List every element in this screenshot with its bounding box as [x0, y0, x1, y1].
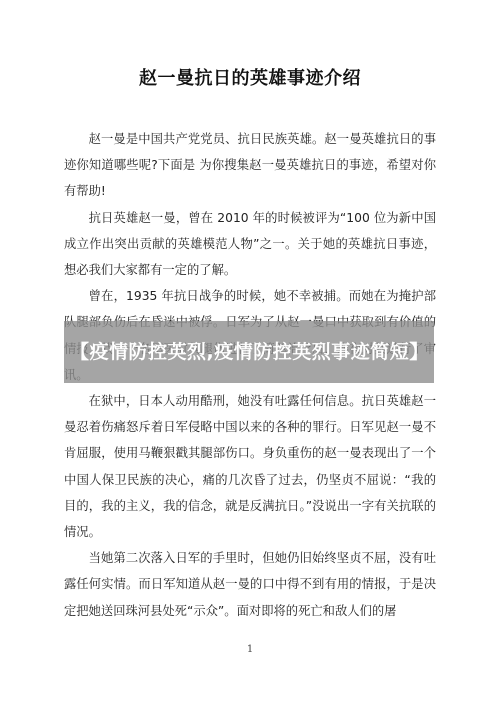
- paragraph: 在狱中，日本人动用酷刑，她没有吐露任何信息。抗日英雄赵一曼忍着伤痛怒斥着日军侵略…: [64, 388, 436, 545]
- caption-overlay-text: 【疫情防控英烈,疫情防控英烈事迹简短】: [64, 341, 434, 363]
- paragraph: 当她第二次落入日军的手里时，但她仍旧始终坚贞不屈，没有吐露任何实情。而日军知道从…: [64, 545, 436, 624]
- page-number: 1: [0, 644, 500, 655]
- paragraph: 抗日英雄赵一曼，曾在 2010 年的时候被评为“100 位为新中国成立作出突出贡…: [64, 205, 436, 284]
- caption-overlay-banner: 【疫情防控英烈,疫情防控英烈事迹简短】: [64, 321, 434, 383]
- document-page: 赵一曼抗日的英雄事迹介绍 赵一曼是中国共产党党员、抗日民族英雄。赵一曼英雄抗日的…: [0, 0, 500, 706]
- document-title: 赵一曼抗日的英雄事迹介绍: [0, 64, 500, 90]
- paragraph: 赵一曼是中国共产党党员、抗日民族英雄。赵一曼英雄抗日的事迹你知道哪些呢?下面是 …: [64, 126, 436, 205]
